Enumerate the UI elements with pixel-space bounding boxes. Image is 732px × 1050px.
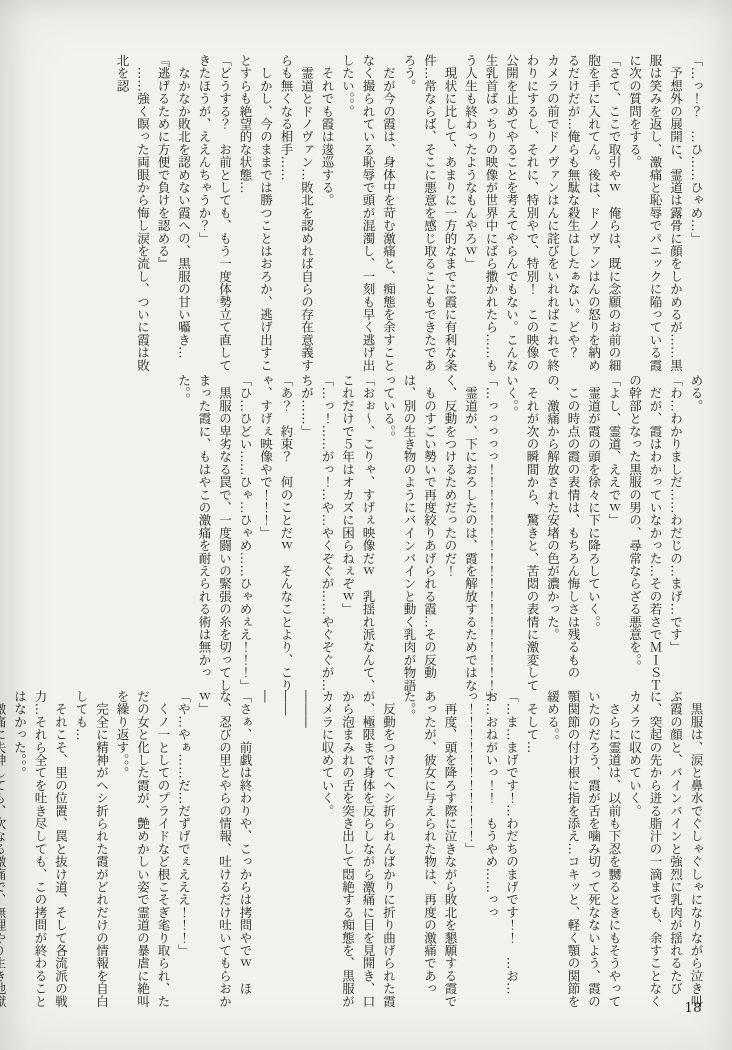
paragraph: だが、霞はわかっていなかった…その若さでＭＩＳＴの幹部となった黒服の男の、尋常な… <box>624 374 665 698</box>
paragraph: 現状に比して、あまりに一方的なまでに霞に有利な条件…常ならば、そこに悪意を感じ取… <box>399 54 461 378</box>
paragraph: ―― <box>276 690 297 1014</box>
paragraph: しかし、今のままでは勝つことはおろか、逃げ出すことすらも絶望的な状態… <box>235 54 276 378</box>
paragraph: 「よし、霊道、ええでｗ」 <box>604 374 625 698</box>
paragraph: くノ一としてのプライドなど根こそぎ毟り取られ、ただの女と化した霞が、艶めかしい姿… <box>112 690 174 1014</box>
paragraph: 「…ま…まげです！…わだちのまげです！！ …お…お…おねがいっ！！ もうやめ……… <box>460 690 522 1014</box>
paragraph: だが今の霞は、身体中を苛む激痛と、痴態を余すことなく撮られている恥辱で頭が混濁し… <box>337 54 399 378</box>
paragraph: 「おぉ〜、こりゃ、すげぇ映像だｗ 乳揺れ派なんて、これだけで５年はオカズに困らね… <box>337 374 378 698</box>
paragraph: める。 <box>686 374 707 698</box>
text-block-bottom: 黒服は、涙と鼻水でぐしゃぐしゃになりながら泣き叫ぶ霞の顔と、バインバインと強烈に… <box>0 690 706 1014</box>
paragraph: 「…っっっっっ！！！！！！！！！！！！！！！！！！」 <box>481 374 502 698</box>
paragraph: 再度、頭を降ろす際に泣きながら敗北を懇願する霞であったが、彼女に与えられた物は、… <box>399 690 461 1014</box>
paragraph: なかなか敗北を認めない霞への、黒服の甘い囁き… <box>173 54 194 378</box>
paragraph: 「…っ！？ …ひ……ひゃめ…」 <box>686 54 707 378</box>
paragraph: 霊道が霞の頭を徐々に下に降ろしていく。。 <box>583 374 604 698</box>
paragraph: 「や…やぁ……だ…だずげでぇえええ！！！」 <box>173 690 194 1014</box>
paragraph: 「ひ…ひどい……ひゃ…ひゃめ……ひゃめぇえ！！！」 <box>235 374 256 698</box>
scanned-novel-page: 「…っ！？ …ひ……ひゃめ…」 予想外の展開に、霊道は露骨に顔をしかめるが……黒… <box>0 0 732 1050</box>
paragraph: ――― <box>296 690 317 1014</box>
paragraph: 黒服の卑劣なる罠で、一度闘いの緊張の糸を切ってしまった霞に、もはやこの激痛を耐え… <box>173 374 235 698</box>
paragraph: 反動をつけてヘシ折られんばかりに折り曲げられた霞が、極限まで身体を反らしながら激… <box>317 690 399 1014</box>
paragraph: それでも霞は逡巡する。 <box>317 54 338 378</box>
paragraph: 黒服は、涙と鼻水でぐしゃぐしゃになりながら泣き叫ぶ霞の顔と、バインバインと強烈に… <box>624 690 706 1014</box>
paragraph: それが次の瞬間から、驚きと、苦悶の表情に激変していく。。 <box>501 374 542 698</box>
paragraph: ― <box>255 690 276 1014</box>
text-block-middle: める。「わ…わかりましだ……わだじの…まげ…です」 だが、霞はわかっていなかった… <box>173 374 706 698</box>
paragraph: 「どうする？ お前としても、もう一度体勢立て直してきたほうが、ええんちゃうか？」 <box>194 54 235 378</box>
paragraph: 「…っ！……がっ！…や…やくぞぐが……やぐぞぐが…ちが……」 <box>296 374 337 698</box>
paragraph: 予想外の展開に、霊道は露骨に顔をしかめるが……黒服は笑みを返し、激痛と恥辱でパニ… <box>624 54 686 378</box>
paragraph: 激痛に失神しても、次なる激痛で、無理やり生き地獄に戻らされる。。 <box>0 690 9 1014</box>
paragraph: 「あ？ 約束？ 何のことだｗ そんなことより、こりゃ、すげぇ映像やで！！！」 <box>255 374 296 698</box>
paragraph: 「わ…わかりましだ……わだじの…まげ…です」 <box>665 374 686 698</box>
text-block-top: 「…っ！？ …ひ……ひゃめ…」 予想外の展開に、霊道は露骨に顔をしかめるが……黒… <box>112 54 707 378</box>
paragraph: それこそ、里の位置、罠と抜け道、そして各流派の戦力…それら全てを吐き尽しても、こ… <box>9 690 71 1014</box>
paragraph: 『逃げるために方便で負けを認める』 <box>153 54 174 378</box>
page-number: 18 <box>684 1001 702 1016</box>
paragraph: 「さて、ここで取引やｗ 俺らは、既に念願のお前の細胞を手に入れてん。後は、ドノヴ… <box>460 54 624 378</box>
paragraph: 霊道が、下におろしたのは、霞を解放するためではなく、反動をつけるためだったのだ！ <box>440 374 481 698</box>
paragraph: 霊道とドノヴァン…敗北を認めれば自らの存在意義すらも無くなる相手…… <box>276 54 317 378</box>
paragraph: この時点の霞の表情は、もちろん悔しさは残るものの、激痛から解放された安堵の色が濃… <box>542 374 583 698</box>
paragraph: ……強く瞑った両眼から悔し涙を流し、ついに霞は敗北を認 <box>112 54 153 378</box>
paragraph: そして… <box>522 690 543 1014</box>
paragraph: さらに霊道は、以前も下忍を嬲るときにもそうやっていたのだろう、霞が舌を噛み切って… <box>542 690 624 1014</box>
paragraph: 完全に精神がヘシ折られた霞がどれだけの情報を自白しても… <box>71 690 112 1014</box>
paragraph: ものすごい勢いで再度絞りあげられる霞…その反動は、別の生き物のようにバインバイン… <box>378 374 440 698</box>
paragraph: 「さぁ、前戯は終わりや、こっからは拷問やでｗ ほな、忍びの里とやらの情報、吐ける… <box>194 690 256 1014</box>
